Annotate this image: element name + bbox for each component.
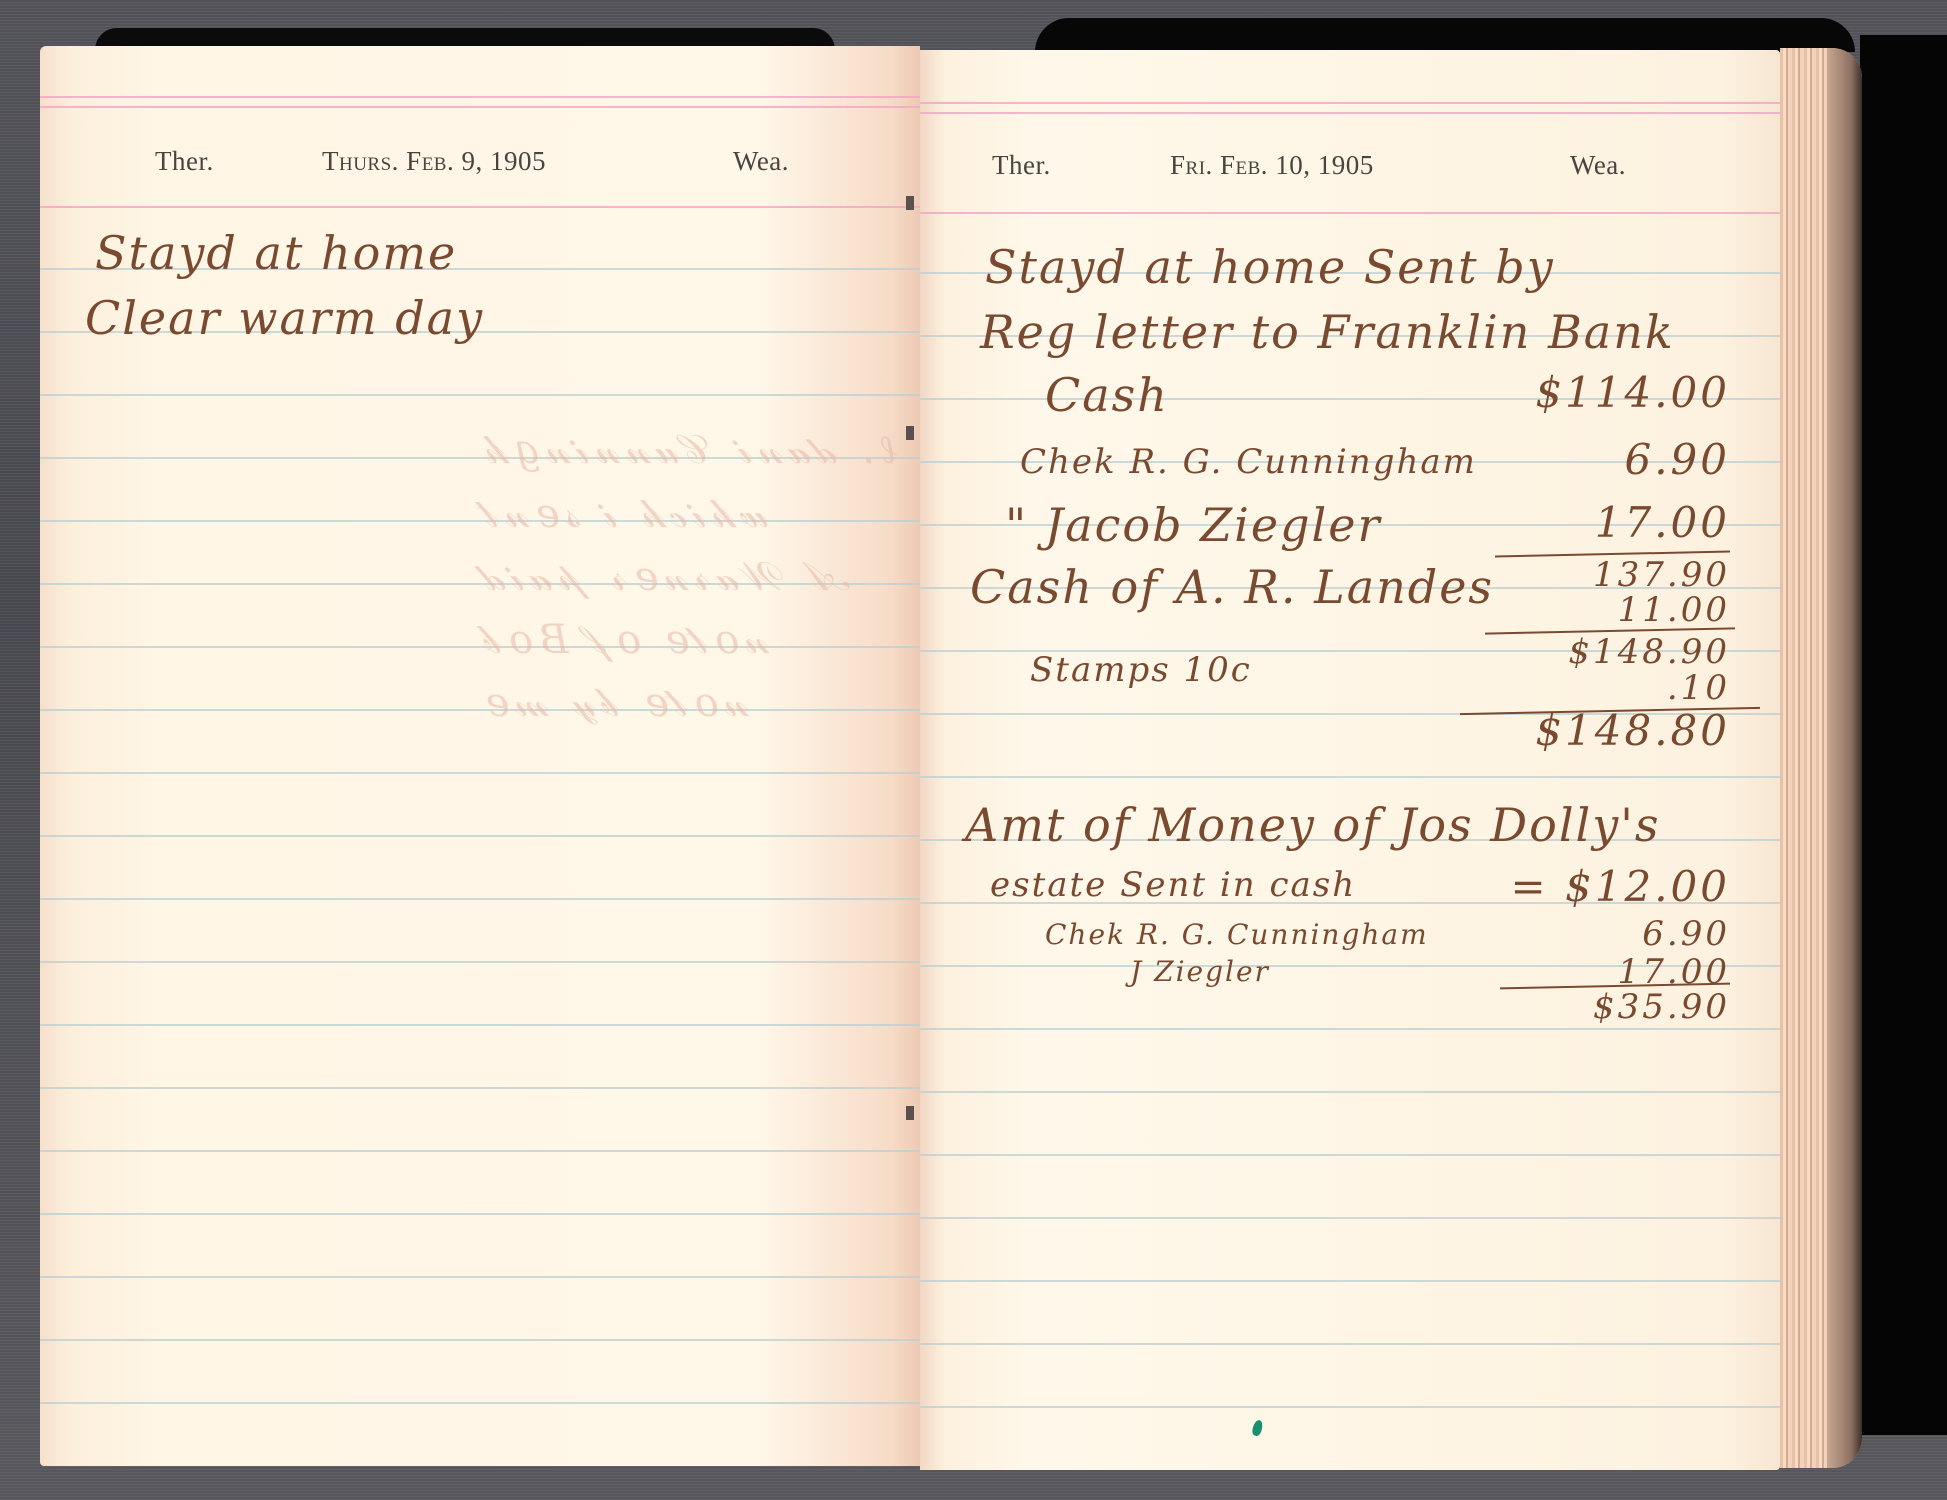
ledger-label: Stamps 10c [1030, 650, 1252, 690]
wea-label: Wea. [1570, 150, 1626, 181]
pink-rule [40, 106, 920, 108]
ledger-amount: $114.00 [1535, 368, 1730, 417]
blue-rule [920, 1280, 1780, 1282]
bleed-through-text: 𝒜 𝒲𝒶𝓇𝓃𝑒𝓇 𝓅𝒶𝒾𝒹 [480, 554, 850, 600]
blue-rule [40, 1087, 920, 1089]
blue-rule [40, 835, 920, 837]
bleed-through-text: ℓ. 𝒹𝒶𝓃𝒾 𝒞𝓊𝓃𝓃𝒾𝓃𝑔𝒽 [480, 426, 898, 473]
book-cover-top-right [1035, 18, 1855, 52]
blue-rule [920, 1091, 1780, 1093]
ther-label: Ther. [155, 146, 214, 177]
ledger-label: Cash of A. R. Landes [970, 560, 1494, 614]
pink-rule [920, 102, 1780, 104]
ledger-amount: 11.00 [1618, 590, 1730, 630]
spine-stitch [906, 1106, 914, 1120]
ledger-amount: 6.90 [1624, 435, 1730, 484]
blue-rule [920, 1217, 1780, 1219]
page-date: Fri. Feb. 10, 1905 [1170, 150, 1374, 181]
book-cover-right [1860, 35, 1947, 1435]
ledger-label: " Jacob Ziegler [1005, 498, 1381, 552]
blue-rule [40, 1276, 920, 1278]
blue-rule [40, 1213, 920, 1215]
blue-rule [920, 1154, 1780, 1156]
blue-rule [40, 1339, 920, 1341]
right-page-header: Ther. Fri. Feb. 10, 1905 Wea. [920, 150, 1780, 200]
diary-entry-line: Stayd at home Sent by [985, 240, 1555, 294]
ledger-amount: .10 [1667, 668, 1730, 708]
left-page: Ther. Thurs. Feb. 9, 1905 Wea. ℓ. 𝒹𝒶𝓃𝒾 𝒞… [40, 46, 920, 1466]
blue-rule [920, 1028, 1780, 1030]
ledger-label: Cash [1045, 368, 1169, 422]
left-page-header: Ther. Thurs. Feb. 9, 1905 Wea. [40, 146, 920, 196]
ledger-total: $148.80 [1535, 706, 1730, 755]
diary-entry-line: Clear warm day [85, 291, 484, 345]
estate-total: $35.90 [1593, 987, 1730, 1027]
bleed-through-text: 𝓃𝑜𝓉𝑒 𝒷𝓎 𝓂𝑒 [480, 680, 749, 726]
wea-label: Wea. [733, 146, 789, 177]
blue-rule [40, 394, 920, 396]
blue-rule [920, 1406, 1780, 1408]
note-line: Amt of Money of Jos Dolly's [965, 798, 1660, 852]
right-page: Ther. Fri. Feb. 10, 1905 Wea. Stayd at h… [920, 50, 1780, 1470]
bleed-through-text: 𝓌𝒽𝒾𝒸𝒽 𝒾 𝓈𝑒𝓃𝓉 [480, 491, 770, 537]
ther-label: Ther. [992, 150, 1051, 181]
pink-rule [920, 112, 1780, 114]
ledger-subtotal: $148.90 [1568, 632, 1730, 672]
spine-stitch [906, 196, 914, 210]
pink-rule [920, 212, 1780, 214]
estate-amount: 6.90 [1642, 914, 1730, 954]
blue-rule [920, 1343, 1780, 1345]
ledger-subtotal: 137.90 [1593, 555, 1730, 595]
blue-rule [40, 772, 920, 774]
estate-label: J Ziegler [1130, 955, 1270, 988]
blue-rule [40, 961, 920, 963]
pink-rule [40, 96, 920, 98]
estate-label: Chek R. G. Cunningham [1045, 918, 1429, 951]
blue-rule [40, 1402, 920, 1404]
blue-rule [920, 776, 1780, 778]
blue-rule [40, 1024, 920, 1026]
ledger-amount: 17.00 [1595, 498, 1730, 547]
bleed-through-text: 𝓃𝑜𝓉𝑒 𝑜𝒻 𝐵𝑜𝒷 [480, 617, 770, 663]
page-date: Thurs. Feb. 9, 1905 [322, 146, 546, 177]
blue-rule [40, 1150, 920, 1152]
note-line: estate Sent in cash [990, 865, 1356, 905]
ledger-label: Chek R. G. Cunningham [1020, 442, 1477, 482]
blue-rule [40, 898, 920, 900]
pink-rule [40, 206, 920, 208]
diary-entry-line: Reg letter to Franklin Bank [980, 305, 1675, 359]
diary-entry-line: Stayd at home [95, 226, 457, 280]
estate-amount: = $12.00 [1510, 862, 1730, 911]
spine-stitch [906, 426, 914, 440]
page-edges [1780, 48, 1862, 1468]
